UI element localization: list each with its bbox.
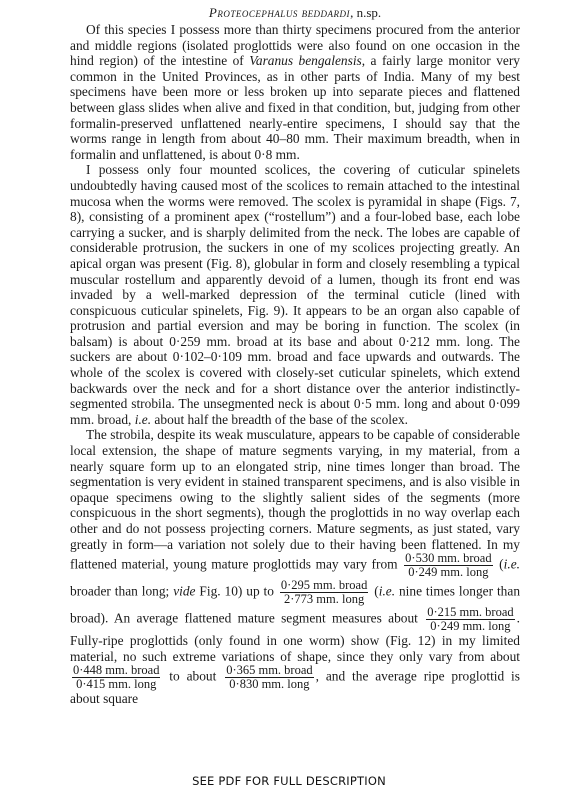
- fraction-elongated: 0·295 mm. broad2·773 mm. long: [280, 579, 368, 606]
- fraction-numerator: 0·448 mm. broad: [72, 664, 160, 678]
- see-pdf-notice: SEE PDF FOR FULL DESCRIPTION: [0, 774, 578, 788]
- text-run: about half the breadth of the base of th…: [151, 412, 408, 427]
- fraction-ripe-min: 0·448 mm. broad0·415 mm. long: [72, 664, 160, 691]
- fraction-numerator: 0·530 mm. broad: [404, 552, 492, 566]
- fraction-young-mature-max: 0·530 mm. broad0·249 mm. long: [404, 552, 492, 579]
- fraction-denominator: 0·830 mm. long: [225, 678, 313, 691]
- paragraph-scolex: I possess only four mounted scolices, th…: [70, 162, 520, 427]
- fraction-ripe-max: 0·365 mm. broad0·830 mm. long: [225, 664, 313, 691]
- fraction-denominator: 0·249 mm. long: [404, 566, 492, 579]
- species-name: Proteocephalus beddardi: [209, 5, 350, 20]
- paragraph-strobila: The strobila, despite its weak musculatu…: [70, 427, 520, 707]
- text-run: Fig. 10) up to: [196, 584, 278, 599]
- italic-abbrev: i.e.: [135, 412, 151, 427]
- text-run: The strobila, despite its weak musculatu…: [70, 427, 520, 571]
- italic-abbrev: i.e.: [379, 584, 395, 599]
- title-suffix: , n.sp.: [350, 5, 381, 20]
- italic-taxon: Varanus bengalensis: [249, 53, 362, 68]
- text-run: (: [495, 557, 504, 572]
- italic-vide: vide: [173, 584, 195, 599]
- fraction-denominator: 0·249 mm. long: [426, 620, 514, 633]
- fraction-denominator: 2·773 mm. long: [280, 593, 368, 606]
- italic-abbrev: i.e.: [504, 557, 520, 572]
- fraction-numerator: 0·365 mm. broad: [225, 664, 313, 678]
- document-page: Proteocephalus beddardi, n.sp. Of this s…: [70, 0, 520, 707]
- paragraph-description-intro: Of this species I possess more than thir…: [70, 22, 520, 162]
- page-title: Proteocephalus beddardi, n.sp.: [70, 4, 520, 22]
- fraction-average-mature: 0·215 mm. broad0·249 mm. long: [426, 606, 514, 633]
- text-run: broader than long;: [70, 584, 173, 599]
- text-run: I possess only four mounted scolices, th…: [70, 162, 520, 427]
- fraction-numerator: 0·295 mm. broad: [280, 579, 368, 593]
- text-run: (: [370, 584, 378, 599]
- text-run: , a fairly large monitor very common in …: [70, 53, 520, 162]
- fraction-numerator: 0·215 mm. broad: [426, 606, 514, 620]
- fraction-denominator: 0·415 mm. long: [72, 678, 160, 691]
- text-run: to about: [162, 669, 223, 684]
